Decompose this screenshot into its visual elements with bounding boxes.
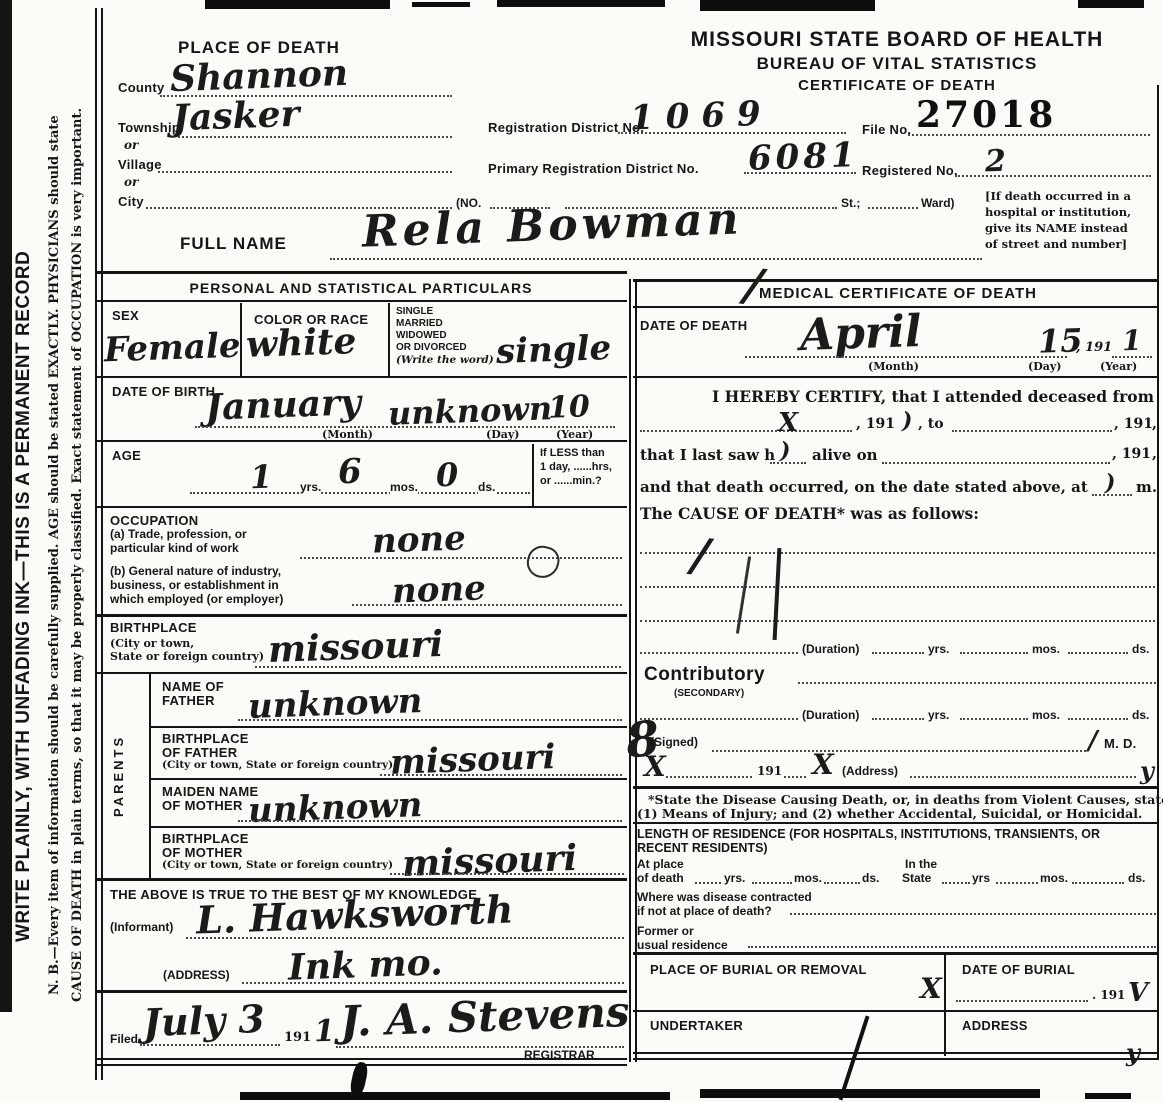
dod-day-caption: (Day): [1028, 360, 1061, 373]
secondary-label: (SECONDARY): [674, 688, 744, 699]
duration2-lead-line: [640, 718, 798, 720]
file-no-label: File No.: [862, 122, 911, 137]
last-saw-pre: that I last saw h: [640, 446, 775, 464]
contributory-line: [798, 682, 1156, 684]
cutoff-fragment: [1085, 1093, 1131, 1099]
dod-year-value: 1: [1121, 324, 1142, 358]
informant-label: (Informant): [110, 920, 173, 934]
former-line2: usual residence: [637, 938, 728, 952]
hospital-note-line: of street and number]: [985, 236, 1161, 252]
res-line: [942, 882, 970, 884]
residence-heading2: RECENT RESIDENTS): [637, 841, 768, 855]
occupation-a-value: none: [371, 518, 466, 561]
ward-line: [868, 207, 918, 209]
file-no-stamp: 27018: [916, 94, 1056, 136]
marital-option-widowed: WIDOWED: [396, 330, 447, 341]
duration2-label: (Duration): [802, 708, 859, 722]
cutoff-fragment: [240, 1092, 670, 1100]
color-race-value: white: [245, 320, 357, 366]
filed-year-value: 1: [313, 1014, 335, 1050]
res-line: [996, 882, 1038, 884]
row-border: [633, 952, 1159, 955]
dod-month-caption: (Month): [868, 360, 919, 373]
color-marital-divider: [388, 303, 390, 377]
sig-date-line: [666, 776, 752, 778]
marital-option-single: SINGLE: [396, 306, 433, 317]
burial-address-label: ADDRESS: [962, 1018, 1028, 1033]
certificate-title: CERTIFICATE OF DEATH: [633, 77, 1161, 94]
dob-year-value: 10: [547, 389, 590, 425]
sig-address-mark: y: [1140, 756, 1154, 785]
footnote-line1: *State the Disease Causing Death, or, in…: [648, 792, 1163, 807]
cutoff-fragment: [700, 0, 875, 11]
duration2-yrs: yrs.: [928, 708, 949, 722]
full-name-value: Rela Bowman: [361, 193, 743, 257]
father-bp-line: [380, 774, 622, 776]
registered-no-value: 2: [984, 144, 1006, 180]
registered-no-line: [955, 175, 1151, 177]
father-bp-value: missouri: [389, 737, 556, 783]
bureau-title: BUREAU OF VITAL STATISTICS: [633, 54, 1161, 74]
mother-bp-label1: BIRTHPLACE: [162, 831, 249, 846]
dod-year-line: [1112, 356, 1152, 358]
contracted-line: [790, 913, 1156, 915]
father-name-label2: FATHER: [162, 693, 215, 708]
ink-scribble-circle: [524, 543, 563, 582]
duration1-mos: mos.: [1032, 642, 1060, 656]
personal-section-title: PERSONAL AND STATISTICAL PARTICULARS: [95, 280, 627, 296]
age-box-divider: [532, 444, 534, 506]
sig-mark2: X: [812, 748, 834, 781]
mother-name-line: [238, 820, 622, 822]
row-border: [633, 376, 1159, 378]
res-line: [695, 882, 721, 884]
margin-nb-line1: N. B.—Every item of information should b…: [47, 25, 69, 1085]
certify-from-mark: X: [778, 408, 798, 438]
cutoff-fragment: [412, 2, 470, 7]
res-yrs-label: yrs.: [724, 871, 745, 885]
form-left-border-inner: [101, 8, 103, 1080]
burial-date-label: DATE OF BURIAL: [962, 962, 1075, 977]
duration1-ds-line: [1068, 652, 1128, 654]
occupation-b-line: [352, 604, 622, 606]
burial-place-mark: X: [920, 972, 942, 1005]
sig-address-line: [910, 776, 1136, 778]
certify-line1: I HEREBY CERTIFY, that I attended deceas…: [712, 387, 1154, 406]
village-label: Village: [118, 157, 162, 172]
last-saw-mark: ): [780, 438, 790, 464]
hospital-note-line: give its NAME instead: [985, 220, 1161, 236]
undertaker-label: UNDERTAKER: [650, 1018, 743, 1033]
dod-year-printed: , 191: [1076, 340, 1112, 355]
duration2-mos-line: [960, 718, 1028, 720]
occurred-mark: ): [1105, 470, 1115, 496]
burial-place-label: PLACE OF BURIAL OR REMOVAL: [650, 962, 867, 977]
age-mos-label: mos.: [390, 480, 418, 494]
row-border: [95, 440, 627, 442]
sex-value: Female: [103, 326, 241, 371]
informant-address-label: (ADDRESS): [163, 968, 230, 982]
hospital-note-line: [If death occurred in a: [985, 188, 1161, 204]
row-border: [95, 672, 627, 674]
m-label: m.: [1136, 478, 1157, 496]
burial-date-line: [956, 1000, 1088, 1002]
sex-color-divider: [240, 303, 242, 377]
duration2-ds-line: [1068, 718, 1128, 720]
birthplace-label: BIRTHPLACE: [110, 620, 197, 635]
township-label: Township: [118, 120, 180, 135]
registered-no-label: Registered No.: [862, 163, 958, 178]
birthplace-sub2: State or foreign country): [110, 650, 264, 663]
age-label: AGE: [112, 448, 141, 463]
res-ds-label: ds.: [862, 871, 879, 885]
marital-option-divorced: OR DIVORCED: [396, 342, 467, 353]
ink-scribble-stroke: [736, 556, 751, 634]
cause-heading: The CAUSE OF DEATH* was as follows:: [640, 504, 979, 523]
parents-box-divider: [149, 672, 151, 880]
mother-bp-line: [390, 873, 624, 875]
at-place-line2: of death: [637, 871, 684, 885]
sig-address-label: (Address): [842, 764, 898, 778]
alive-on-line: [882, 462, 1110, 464]
dod-line: [745, 356, 1067, 358]
occupation-a-line1: (a) Trade, profession, or: [110, 527, 247, 541]
res-mos2-label: mos.: [1040, 871, 1068, 885]
date-of-death-label: DATE OF DEATH: [640, 318, 747, 333]
signed-label: (Signed): [650, 735, 698, 749]
right-bottom-border-inner: [633, 1058, 1159, 1060]
occupation-b-line1: (b) General nature of industry,: [110, 564, 281, 578]
in-state-line2: State: [902, 871, 931, 885]
burial-date-191: . 191: [1092, 988, 1125, 1002]
filed-year-printed: 191: [284, 1030, 311, 1045]
parents-bottom-border: [95, 878, 627, 881]
primary-registration-label: Primary Registration District No.: [488, 161, 699, 176]
if-less-line3: or ......min.?: [540, 475, 602, 487]
death-certificate-scan: WRITE PLAINLY, WITH UNFADING INK—THIS IS…: [0, 0, 1163, 1102]
hospital-note: [If death occurred in a hospital or inst…: [985, 188, 1161, 252]
md-label: M. D.: [1104, 736, 1137, 751]
signed-slash-mark: /: [1088, 726, 1098, 756]
father-bp-label1: BIRTHPLACE: [162, 731, 249, 746]
or-label-2: or: [124, 175, 138, 189]
footnote-line2: (1) Means of Injury; and (2) whether Acc…: [637, 806, 1142, 821]
if-less-line2: 1 day, ......hrs,: [540, 461, 612, 473]
res-ds2-label: ds.: [1128, 871, 1145, 885]
mother-name-value: unknown: [247, 785, 423, 831]
duration1-yrs-line: [872, 652, 924, 654]
duration1-mos-line: [960, 652, 1028, 654]
file-no-line: [908, 134, 1150, 136]
ink-scribble-stroke: [773, 548, 782, 640]
county-value: Shannon: [169, 52, 348, 100]
age-yrs-label: yrs.: [300, 480, 321, 494]
filed-line: [140, 1044, 280, 1046]
occupation-a-line2: particular kind of work: [110, 541, 239, 555]
margin-band-text: WRITE PLAINLY, WITH UNFADING INK—THIS IS…: [13, 96, 45, 1096]
dob-label: DATE OF BIRTH: [112, 384, 215, 399]
primary-registration-line: [744, 172, 856, 174]
sig-191-blank: [784, 776, 806, 778]
row-border: [633, 822, 1159, 824]
street-label: St.;: [841, 196, 860, 210]
duration1-ds: ds.: [1132, 642, 1149, 656]
duration2-yrs-line: [872, 718, 924, 720]
dob-line: [195, 426, 615, 428]
duration1-label: (Duration): [802, 642, 859, 656]
left-bottom-border: [95, 1058, 627, 1060]
right-column-top-border: [633, 279, 1159, 282]
marital-option-married: MARRIED: [396, 318, 443, 329]
informant-line: [186, 937, 624, 939]
certify-comma2: ,: [1152, 446, 1157, 462]
contributory-label: Contributory: [644, 664, 765, 686]
mother-name-label2: OF MOTHER: [162, 798, 243, 813]
duration1-yrs: yrs.: [928, 642, 949, 656]
right-bottom-border: [633, 1052, 1159, 1054]
res-line: [824, 882, 860, 884]
certify-comma1: ,: [1152, 416, 1157, 432]
cutoff-fragment: [497, 0, 665, 7]
res-line: [1072, 882, 1124, 884]
sex-label: SEX: [112, 308, 139, 323]
father-name-label1: NAME OF: [162, 679, 224, 694]
contracted-line2: if not at place of death?: [637, 904, 772, 918]
board-title: MISSOURI STATE BOARD OF HEALTH: [633, 28, 1161, 52]
contracted-line1: Where was disease contracted: [637, 890, 812, 904]
row-border: [95, 614, 627, 617]
in-state-line1: In the: [905, 857, 937, 871]
birthplace-line: [255, 666, 621, 668]
sig-date-mark: X: [644, 750, 666, 783]
township-value: Jasker: [171, 93, 300, 139]
mother-name-label1: MAIDEN NAME: [162, 784, 258, 799]
cause-line-1: [640, 552, 1155, 554]
or-label-1: or: [124, 138, 138, 152]
row-border: [95, 376, 627, 378]
row-border: [150, 778, 627, 780]
mother-bp-sub: (City or town, State or foreign country): [162, 859, 393, 871]
age-years-value: 1: [249, 458, 273, 497]
certify-from-line: [640, 430, 852, 432]
ink-mark-title: /: [741, 257, 765, 313]
row-border: [150, 826, 627, 828]
column-divider: [629, 279, 631, 1062]
marital-write-word: (Write the word): [396, 354, 494, 366]
age-days-value: 0: [435, 456, 459, 495]
father-bp-label2: OF FATHER: [162, 745, 237, 760]
certify-to-line: [952, 430, 1112, 432]
duration2-mos: mos.: [1032, 708, 1060, 722]
former-line: [748, 946, 1156, 948]
dod-month-value: April: [799, 306, 922, 361]
certify-191b: , 191: [1114, 416, 1153, 432]
city-label: City: [118, 194, 144, 209]
res-yrs2-label: yrs: [972, 871, 990, 885]
burial-divider: [944, 952, 946, 1056]
at-place-line1: At place: [637, 857, 684, 871]
personal-title-border: [95, 300, 627, 302]
certify-191a: , 191: [856, 416, 895, 432]
row-border: [95, 506, 627, 508]
full-name-line: [330, 258, 982, 260]
informant-address-line: [242, 982, 624, 984]
dod-year-caption: (Year): [1100, 360, 1137, 373]
duration2-ds: ds.: [1132, 708, 1149, 722]
if-less-line1: If LESS than: [540, 447, 605, 459]
form-left-border: [95, 8, 97, 1080]
cause-mark: /: [689, 527, 711, 582]
duration1-lead-line: [640, 652, 798, 654]
occupation-label: OCCUPATION: [110, 513, 198, 528]
alive-on-label: alive on: [812, 446, 878, 464]
age-ds-label: ds.: [478, 480, 495, 494]
mother-bp-label2: OF MOTHER: [162, 845, 243, 860]
certify-191a-mark: ): [902, 408, 912, 434]
certify-191c: , 191: [1112, 446, 1151, 462]
filed-date-value: July 3: [142, 996, 265, 1045]
cutoff-fragment: [700, 1089, 1040, 1098]
row-border: [633, 1010, 1159, 1012]
certify-to: , to: [918, 416, 944, 432]
registrar-signature: J. A. Stevens: [339, 987, 630, 1046]
cutoff-fragment: [1078, 0, 1144, 8]
county-label: County: [118, 80, 165, 95]
full-name-label: FULL NAME: [180, 234, 287, 254]
occupation-a-line: [300, 557, 622, 559]
row-border: [150, 726, 627, 728]
village-line: [158, 171, 452, 173]
occupation-b-line3: which employed (or employer): [110, 592, 283, 606]
ward-label: Ward): [921, 196, 955, 210]
residence-heading1: LENGTH OF RESIDENCE (FOR HOSPITALS, INST…: [637, 827, 1100, 841]
left-column-top-border: [95, 271, 627, 274]
parents-label: PARENTS: [111, 672, 141, 880]
medical-section-title: MEDICAL CERTIFICATE OF DEATH: [637, 285, 1159, 302]
father-bp-sub: (City or town, State or foreign country): [162, 759, 393, 771]
hospital-note-line: hospital or institution,: [985, 204, 1161, 220]
occurred-line: and that death occurred, on the date sta…: [640, 478, 1088, 496]
birthplace-value: missouri: [267, 623, 443, 671]
age-months-value: 6: [337, 452, 362, 493]
dob-month-value: January: [204, 381, 361, 428]
burial-date-mark: V: [1128, 978, 1148, 1008]
scan-edge-bar: [0, 0, 12, 1012]
margin-nb-line2: CAUSE OF DEATH in plain terms, so that i…: [70, 25, 92, 1085]
informant-value: L. Hawksworth: [195, 886, 514, 942]
township-line: [178, 136, 452, 138]
filed-label: Filed: [110, 1032, 138, 1046]
cause-line-3: [640, 620, 1155, 622]
res-line: [752, 882, 792, 884]
cause-line-2: [640, 586, 1155, 588]
birthplace-sub1: (City or town,: [110, 637, 194, 650]
occupation-b-line2: business, or establishment in: [110, 578, 279, 592]
registration-district-line: [618, 132, 846, 134]
sig-191: 191: [757, 764, 782, 778]
res-mos-label: mos.: [794, 871, 822, 885]
father-name-line: [238, 719, 622, 721]
row-border: [633, 786, 1159, 789]
signed-line: [712, 750, 1086, 752]
former-line1: Former or: [637, 924, 694, 938]
cutoff-fragment: [205, 0, 390, 9]
marital-value: single: [495, 328, 611, 372]
